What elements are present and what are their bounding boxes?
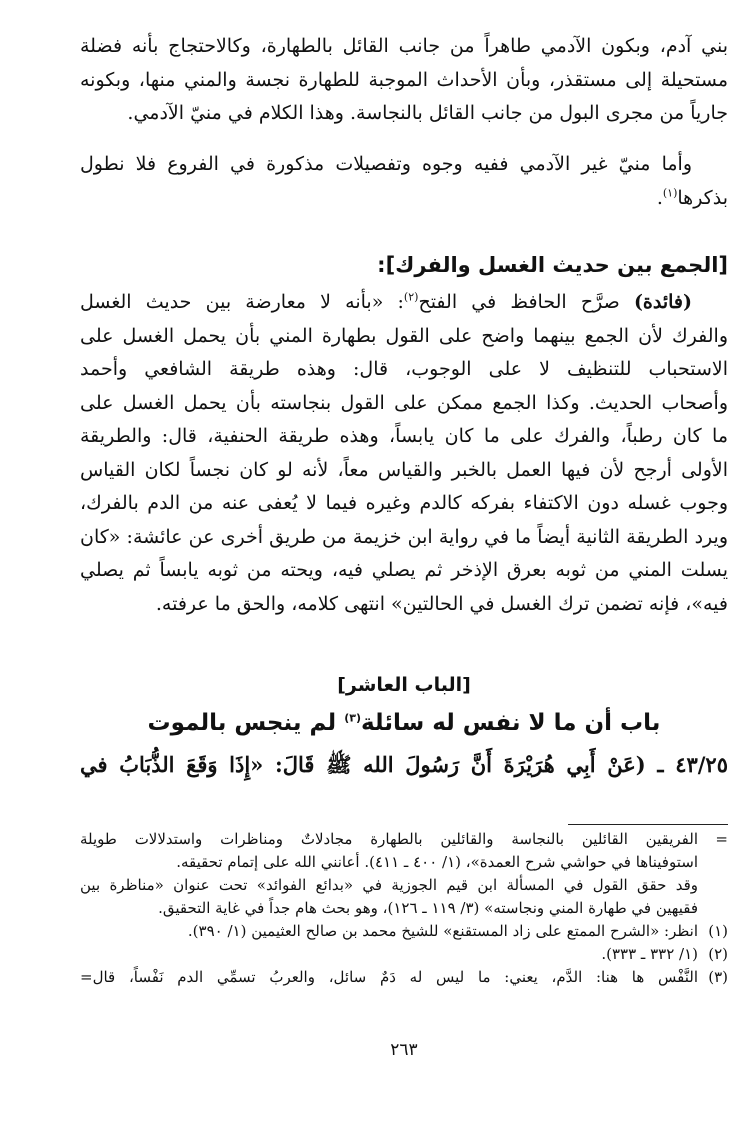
footnote-divider <box>568 824 728 825</box>
paragraph-1-line-1: بني آدم، وبكون الآدمي طاهراً من جانب الق… <box>80 30 728 64</box>
hadith-line: ٤٣/٢٥ ـ (عَنْ أَبِي هُرَيْرَةَ أَنَّ رَس… <box>80 752 728 783</box>
paragraph-2-text: بذكرها <box>677 187 728 209</box>
chapter-title-b: لم ينجس بالموت <box>148 710 345 736</box>
paragraph-3-line-6: الأولى أرجح لأن فيها العمل بالخبر والقيا… <box>80 454 728 488</box>
paragraph-3-line-2: والفرك لأن الجمع بينهما واضح على القول ب… <box>80 320 728 354</box>
continuation-marker: = <box>700 828 728 851</box>
footnote-ref-1[interactable]: (١) <box>663 186 678 199</box>
paragraph-3: (فائدة) صرَّح الحافظ في الفتح(٢): «بأنه … <box>80 286 728 621</box>
footnote-2-marker: (٢) <box>700 943 728 966</box>
footnote-ref-3[interactable]: (٣) <box>344 711 361 724</box>
paragraph-2: وأما منيّ غير الآدمي ففيه وجوه وتفصيلات … <box>80 148 728 215</box>
paragraph-2-line-1: وأما منيّ غير الآدمي ففيه وجوه وتفصيلات … <box>80 148 728 182</box>
paragraph-3-line-4: وأصحاب الحديث. وكذا الجمع ممكن على القول… <box>80 387 728 421</box>
section-heading: [الجمع بين حديث الغسل والفرك]: <box>377 253 728 277</box>
footnote-3-text: النَّفْس ها هنا: الدَّم، يعني: ما ليس له… <box>80 966 698 989</box>
footnote-1-marker: (١) <box>700 920 728 943</box>
footnote-2-text: (١/ ٣٣٢ ـ ٣٣٣). <box>80 943 698 966</box>
paragraph-3-line-5: ما كان رطباً، والفرك على ما كان يابساً، … <box>80 420 728 454</box>
paragraph-3-line-8: ويرد الطريقة الثانية أيضاً ما في رواية ا… <box>80 521 728 555</box>
footnote-continuation-line-2: استوفيناها في حواشي شرح العمدة»، (١/ ٤٠٠… <box>80 851 698 874</box>
faida-label: (فائدة) <box>634 291 692 313</box>
footnotes: = الفريقين القائلين بالنجاسة والقائلين ب… <box>80 828 728 989</box>
paragraph-3-line-1: (فائدة) صرَّح الحافظ في الفتح(٢): «بأنه … <box>80 286 728 320</box>
paragraph-1-line-2: مستحيلة إلى مستقذر، وبأن الأحداث الموجبة… <box>80 64 728 98</box>
footnote-continuation: = الفريقين القائلين بالنجاسة والقائلين ب… <box>80 828 728 920</box>
footnote-continuation-line-3: وقد حقق القول في المسألة ابن قيم الجوزية… <box>80 874 698 897</box>
paragraph-3-line-3: الاستحباب للتنظيف لا على الوجوب، قال: وه… <box>80 353 728 387</box>
paragraph-2-line-2: بذكرها(١). <box>80 182 728 216</box>
page-number: ٢٦٣ <box>80 1040 728 1060</box>
footnote-continuation-line-4: فقيهين في طهارة المني ونجاسته» (٣/ ١١٩ ـ… <box>80 897 698 920</box>
chapter-label: [الباب العاشر] <box>80 674 728 696</box>
paragraph-1: بني آدم، وبكون الآدمي طاهراً من جانب الق… <box>80 30 728 131</box>
footnote-3-marker: (٣) <box>700 966 728 989</box>
paragraph-1-line-3: جارياً من مجرى البول من جانب القائل بالن… <box>80 97 728 131</box>
paragraph-3-first-a: صرَّح الحافظ في الفتح <box>418 291 634 313</box>
chapter-title-a: باب أن ما لا نفس له سائلة <box>361 710 660 736</box>
hadith-number: ٤٣/٢٥ ـ <box>657 752 728 777</box>
footnote-2: (٢) (١/ ٣٣٢ ـ ٣٣٣). <box>80 943 728 966</box>
paragraph-3-line-10: فيه»، فإنه تضمن ترك الغسل في الحالتين» ا… <box>80 588 728 622</box>
footnote-3: (٣) النَّفْس ها هنا: الدَّم، يعني: ما لي… <box>80 966 728 989</box>
paragraph-3-first-b: : «بأنه لا معارضة بين حديث الغسل <box>80 291 404 313</box>
footnote-1-text: انظر: «الشرح الممتع على زاد المستقنع» لل… <box>80 920 698 943</box>
footnote-ref-2[interactable]: (٢) <box>404 291 419 304</box>
footnote-continuation-line-1: الفريقين القائلين بالنجاسة والقائلين بال… <box>80 828 698 851</box>
footnote-1: (١) انظر: «الشرح الممتع على زاد المستقنع… <box>80 920 728 943</box>
paragraph-3-line-7: وجوب غسله دون الاكتفاء بفركه كالدم وغيره… <box>80 487 728 521</box>
paragraph-3-line-9: يسلت المني من ثوبه بعرق الإذخر ثم يصلي ف… <box>80 554 728 588</box>
chapter-title: باب أن ما لا نفس له سائلة(٣) لم ينجس بال… <box>80 710 728 736</box>
hadith-text: (عَنْ أَبِي هُرَيْرَةَ أَنَّ رَسُولَ الل… <box>80 752 657 777</box>
